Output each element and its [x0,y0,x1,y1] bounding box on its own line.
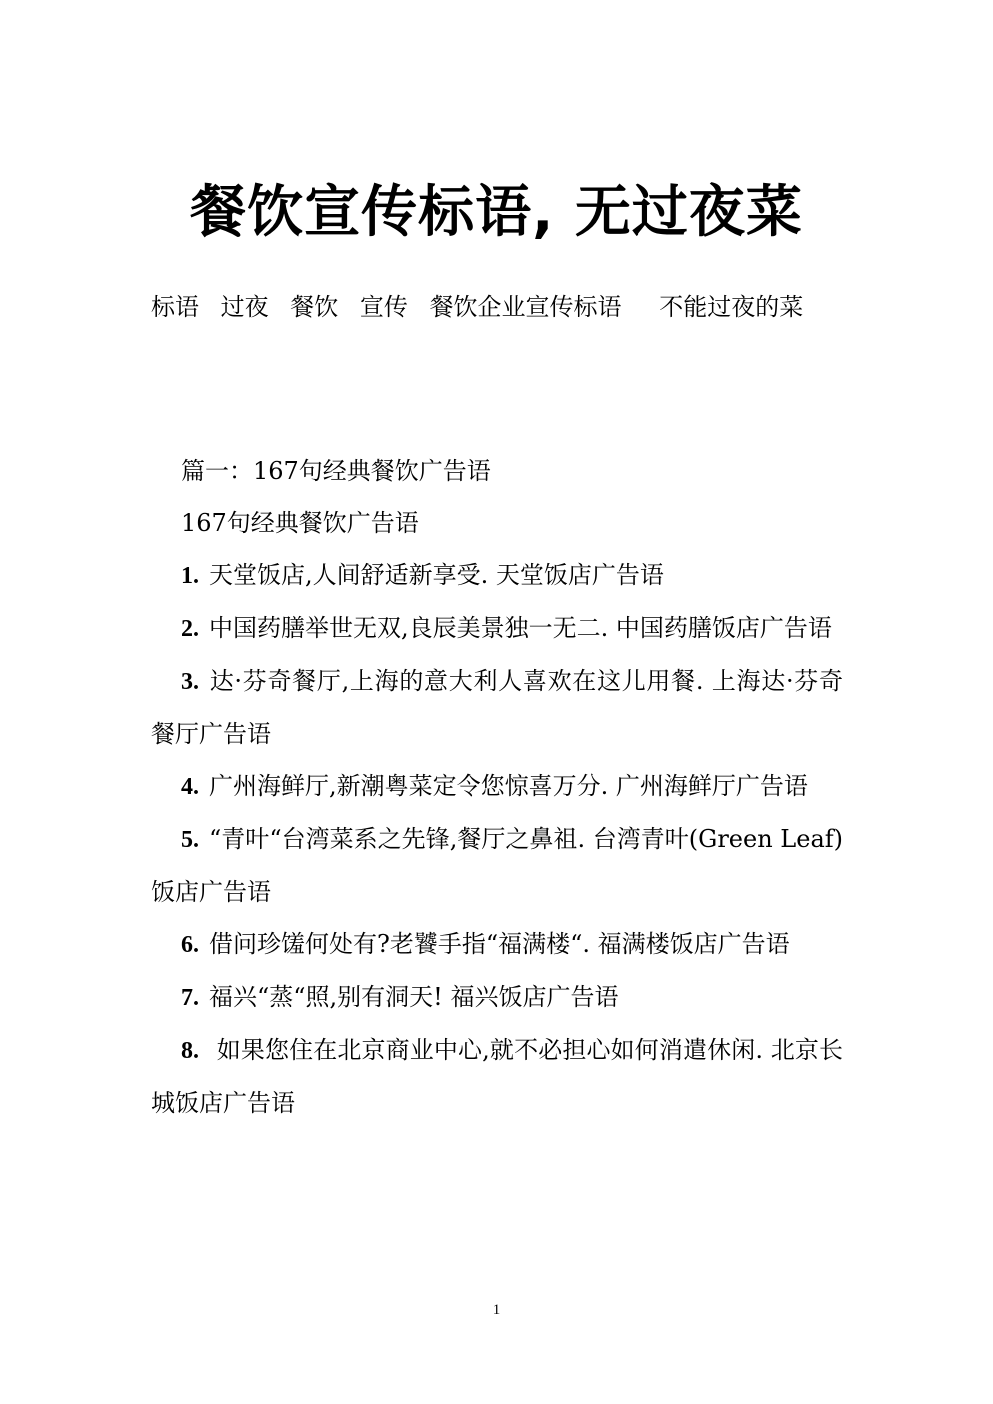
tag: 不能过夜的菜 [659,293,803,321]
list-item: 3.达·芬奇餐厅,上海的意大利人喜欢在这儿用餐. 上海达·芬奇餐厅广告语 [151,655,843,760]
item-number: 1. [181,563,199,589]
tag-list: 标语 过夜 餐饮 宣传 餐饮企业宣传标语 不能过夜的菜 [151,290,817,324]
item-text: 天堂饭店,人间舒适新享受. 天堂饭店广告语 [209,561,664,589]
tag: 过夜 [221,293,269,321]
item-number: 8. [181,1038,199,1064]
item-text: 广州海鲜厅,新潮粤菜定令您惊喜万分. 广州海鲜厅广告语 [209,772,808,800]
list-item: 5.“青叶“台湾菜系之先锋,餐厅之鼻祖. 台湾青叶(Green Leaf)饭店广… [151,813,843,918]
list-item: 6.借问珍馐何处有?老饕手指“福满楼“. 福满楼饭店广告语 [151,918,843,971]
item-number: 6. [181,932,199,958]
tag: 标语 [151,293,199,321]
item-text: 借问珍馐何处有?老饕手指“福满楼“. 福满楼饭店广告语 [209,930,790,958]
list-item: 2.中国药膳举世无双,良辰美景独一无二. 中国药膳饭店广告语 [151,602,843,655]
item-number: 4. [181,774,199,800]
list-item: 4.广州海鲜厅,新潮粤菜定令您惊喜万分. 广州海鲜厅广告语 [151,760,843,813]
item-number: 7. [181,985,199,1011]
item-number: 5. [181,827,199,853]
list-item: 8. 如果您住在北京商业中心,就不必担心如何消遣休闲. 北京长城饭店广告语 [151,1024,843,1129]
list-item: 7.福兴“蒸“照,别有洞天! 福兴饭店广告语 [151,971,843,1024]
item-number: 3. [181,669,199,695]
tag: 宣传 [360,293,408,321]
document-title: 餐饮宣传标语, 无过夜菜 [0,178,993,248]
document-body: 篇一：167句经典餐饮广告语 167句经典餐饮广告语 1.天堂饭店,人间舒适新享… [151,445,843,1129]
item-text: 福兴“蒸“照,别有洞天! 福兴饭店广告语 [209,983,618,1011]
item-text: 达·芬奇餐厅,上海的意大利人喜欢在这儿用餐. 上海达·芬奇餐厅广告语 [151,667,843,748]
tag: 餐饮企业宣传标语 [430,293,622,321]
item-number: 2. [181,616,199,642]
page-number: 1 [0,1302,993,1319]
item-text: 如果您住在北京商业中心,就不必担心如何消遣休闲. 北京长城饭店广告语 [151,1036,843,1117]
list-item: 1.天堂饭店,人间舒适新享受. 天堂饭店广告语 [151,549,843,602]
subheading: 167句经典餐饮广告语 [151,497,843,549]
item-text: “青叶“台湾菜系之先锋,餐厅之鼻祖. 台湾青叶(Green Leaf)饭店广告语 [151,825,843,906]
tag: 餐饮 [290,293,338,321]
section-heading: 篇一：167句经典餐饮广告语 [151,445,843,497]
item-text: 中国药膳举世无双,良辰美景独一无二. 中国药膳饭店广告语 [209,614,832,642]
